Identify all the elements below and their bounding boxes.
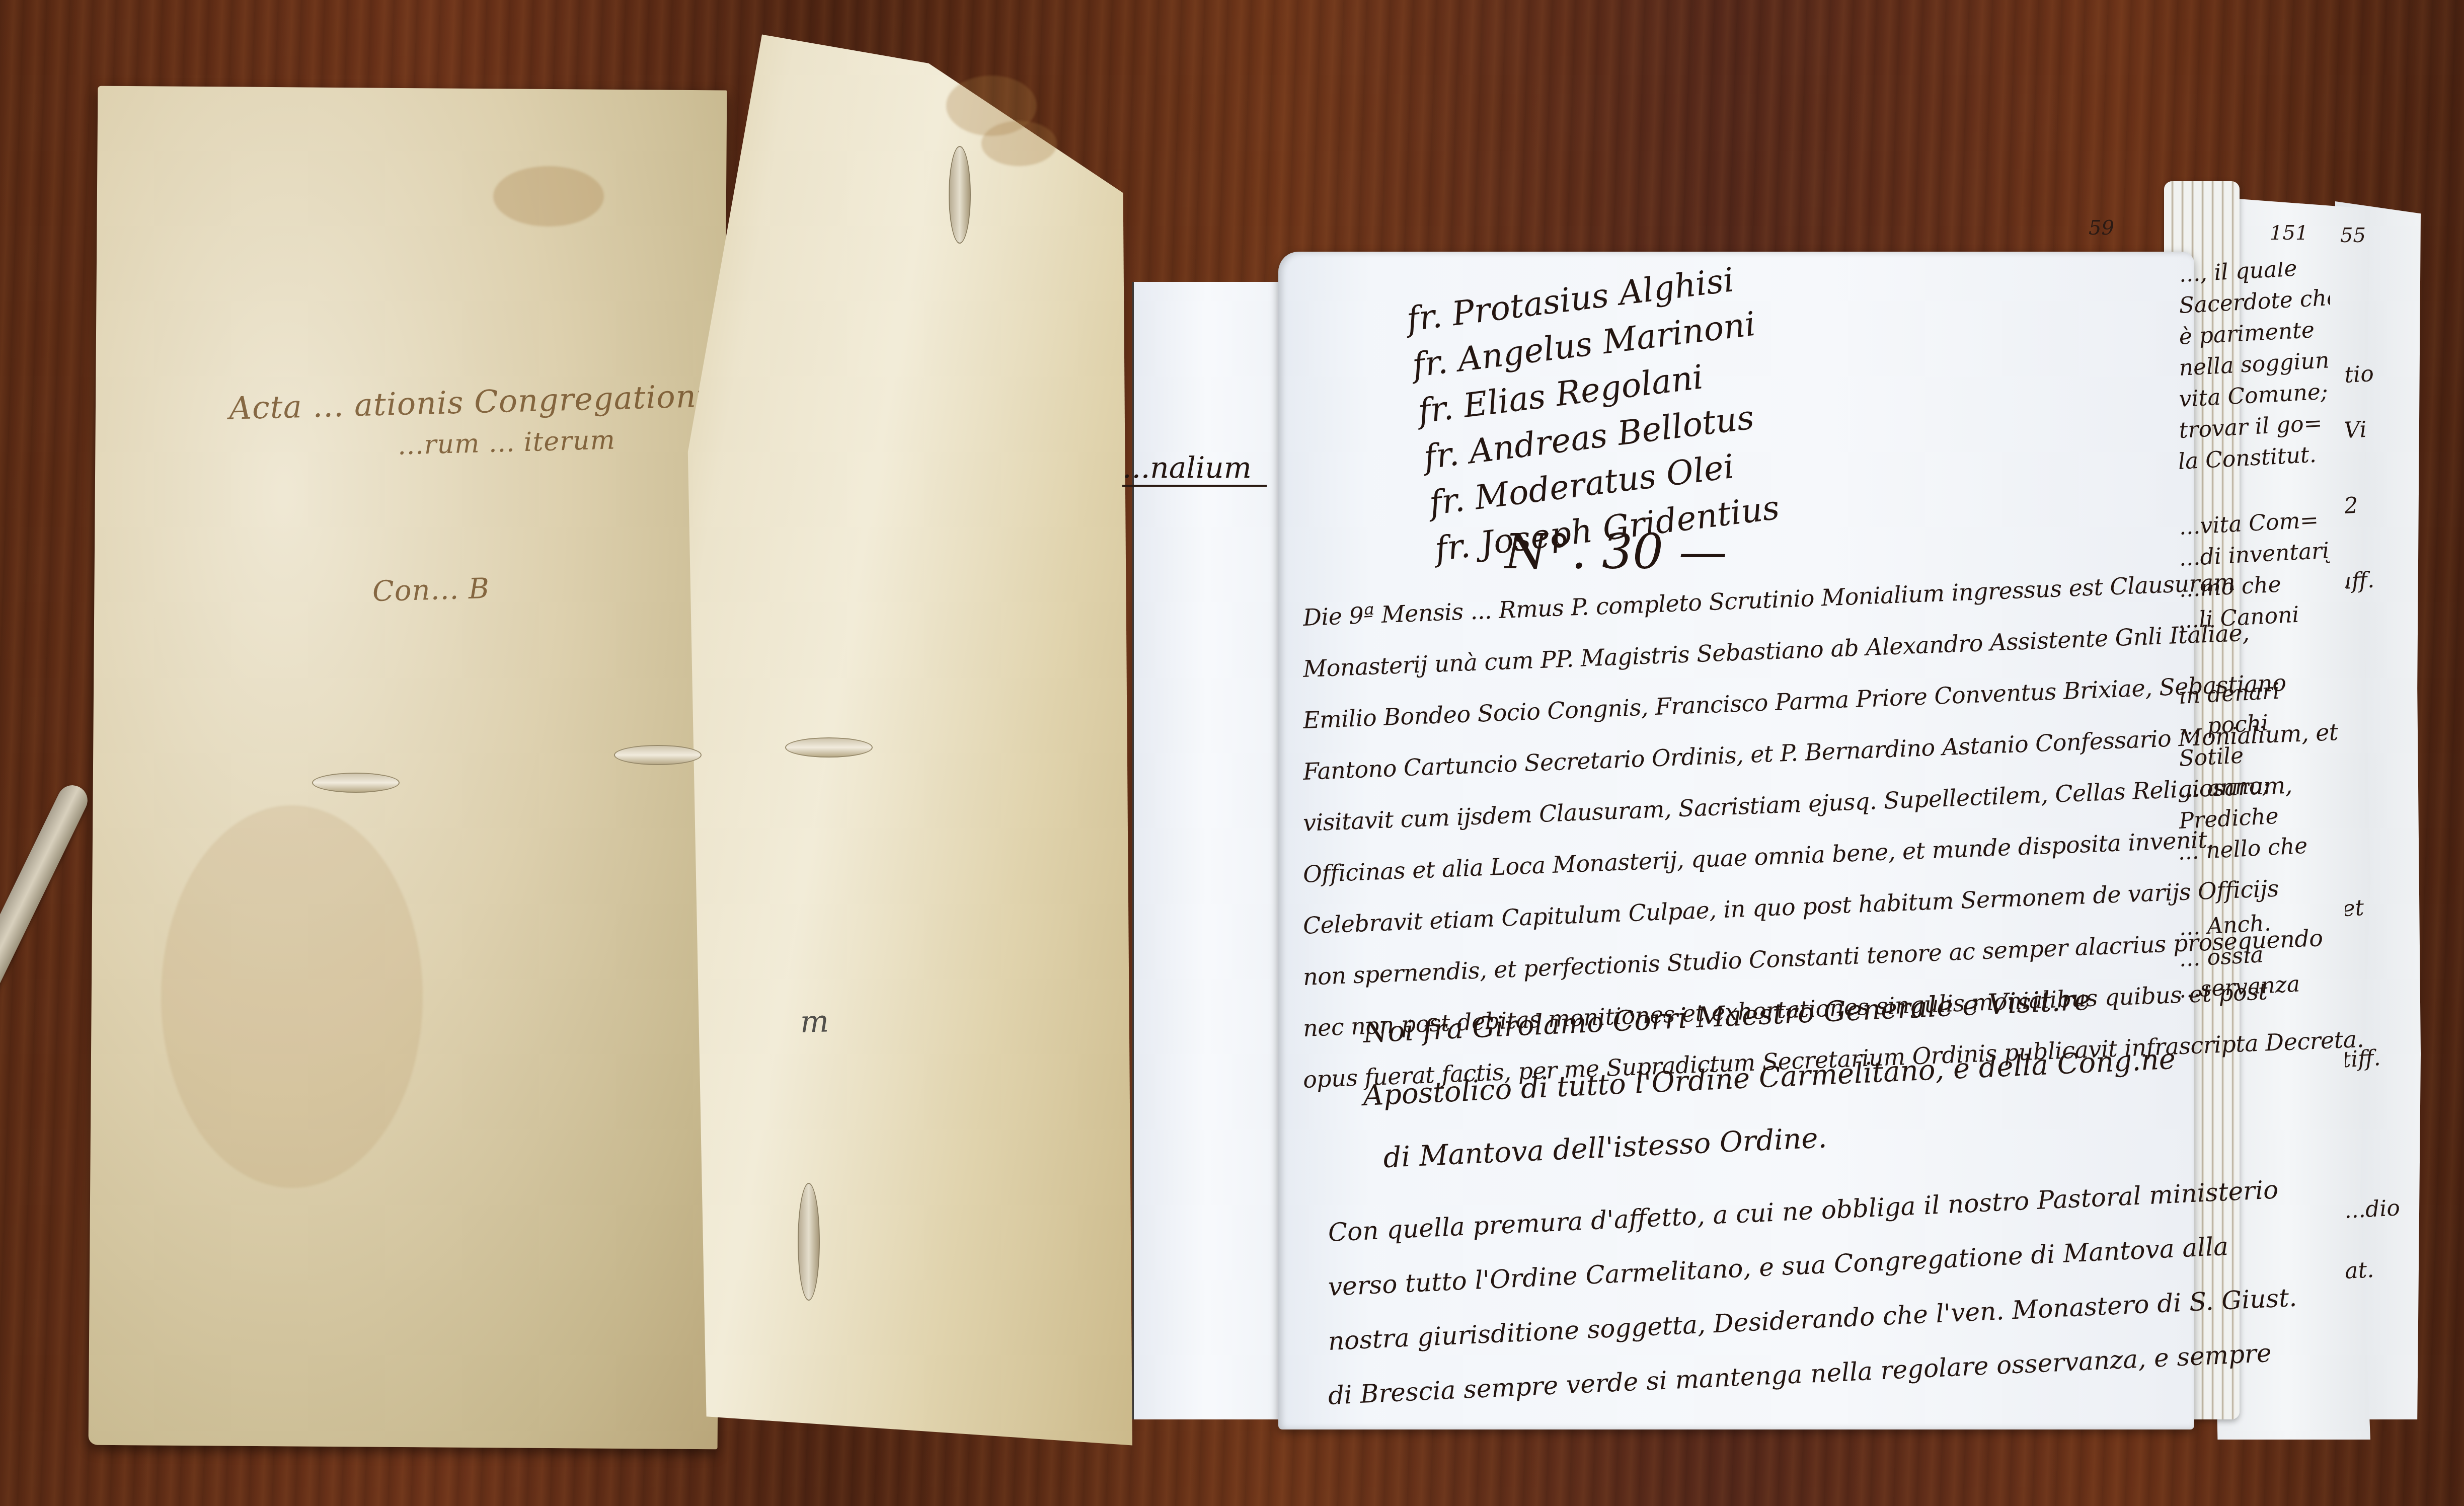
flap-slit <box>785 737 873 758</box>
vellum-cover <box>89 86 727 1450</box>
flap-mark: m <box>800 1004 830 1039</box>
cover-lower-marks: Con... B <box>372 572 490 608</box>
cover-stain <box>161 805 423 1188</box>
text-fragment: tio <box>2345 362 2416 418</box>
folio-55: 55 <box>2340 224 2366 247</box>
flap-stain <box>981 121 1057 166</box>
leaf-55-text: tio Vi 2 uff. et tiff. ...dio at. <box>2345 362 2416 1299</box>
blank-leaf-word: ...nalium <box>1122 450 1267 487</box>
cover-stain <box>493 166 604 227</box>
text-fragment: ...dio <box>2345 1194 2416 1258</box>
entry-number: N°. 30 — <box>1505 523 1727 580</box>
text-fragment: Vi <box>2345 414 2416 493</box>
text-fragment: uff. <box>2345 565 2416 895</box>
italian-text: Con quella premura d'affetto, a cui ne o… <box>1329 1218 2174 1436</box>
leaf-151-text: ..., il quale Sacerdote che è parimente … <box>2179 262 2330 1009</box>
vellum-flap <box>669 20 1132 1460</box>
text-fragment: et <box>2345 892 2416 1047</box>
folio-number: 59 <box>2089 216 2114 240</box>
text-fragment: ...li Canoni <box>2179 600 2330 683</box>
text-fragment: tiff. <box>2345 1043 2416 1198</box>
folio-151: 151 <box>2270 221 2308 245</box>
cover-title-line-2: ...rum ... iterum <box>397 425 615 461</box>
text-fragment: la Constitut. <box>2179 441 2330 514</box>
text-fragment: at. <box>2345 1255 2416 1299</box>
cover-slit <box>312 773 400 793</box>
text-fragment: ... nello che <box>2179 832 2330 915</box>
flap-slit <box>614 745 702 765</box>
text-fragment: 2 <box>2345 490 2416 569</box>
italian-heading: Noi fra Girolamo Corri Maestro Generale … <box>1364 1017 2169 1206</box>
flap-slit <box>949 146 971 244</box>
flap-slit <box>798 1183 820 1301</box>
tie-strap <box>0 780 93 1418</box>
